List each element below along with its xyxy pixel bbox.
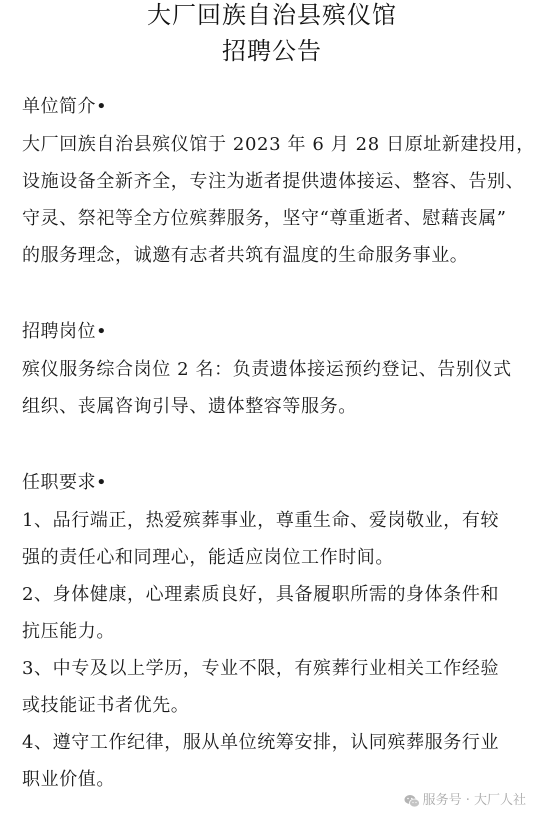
requirement-line: 或技能证书者优先。 (22, 694, 532, 718)
requirement-line: 4、遵守工作纪律，服从单位统筹安排，认同殡葬服务行业 (22, 731, 532, 755)
section-heading-positions: 招聘岗位• (22, 320, 532, 344)
watermark: 服务号 · 大厂人社 (404, 791, 526, 811)
document-title: 大厂回族自治县殡仪馆 (0, 0, 544, 30)
section-heading-intro: 单位简介• (22, 95, 532, 119)
paragraph-line: 大厂回族自治县殡仪馆于 2023 年 6 月 28 日原址新建投用， (22, 133, 532, 157)
requirement-line: 职业价值。 (22, 768, 532, 792)
requirement-line: 3、中专及以上学历，专业不限，有殡葬行业相关工作经验 (22, 657, 532, 681)
paragraph-line: 守灵、祭祀等全方位殡葬服务，坚守“尊重逝者、慰藉丧属” (22, 207, 532, 231)
paragraph-line: 殡仪服务综合岗位 2 名：负责遗体接运预约登记、告别仪式 (22, 358, 532, 382)
requirement-line: 抗压能力。 (22, 620, 532, 644)
requirement-line: 强的责任心和同理心，能适应岗位工作时间。 (22, 546, 532, 570)
paragraph-line: 设施设备全新齐全，专注为逝者提供遗体接运、整容、告别、 (22, 170, 532, 194)
requirement-line: 2、身体健康，心理素质良好，具备履职所需的身体条件和 (22, 583, 532, 607)
paragraph-line: 的服务理念，诚邀有志者共筑有温度的生命服务事业。 (22, 244, 532, 268)
watermark-text: 服务号 · 大厂人社 (423, 791, 526, 811)
section-heading-requirements: 任职要求• (22, 471, 532, 495)
document-subtitle: 招聘公告 (0, 36, 544, 66)
wechat-icon (404, 794, 420, 808)
requirement-line: 1、品行端正，热爱殡葬事业，尊重生命、爱岗敬业，有较 (22, 509, 532, 533)
paragraph-line: 组织、丧属咨询引导、遗体整容等服务。 (22, 395, 532, 419)
